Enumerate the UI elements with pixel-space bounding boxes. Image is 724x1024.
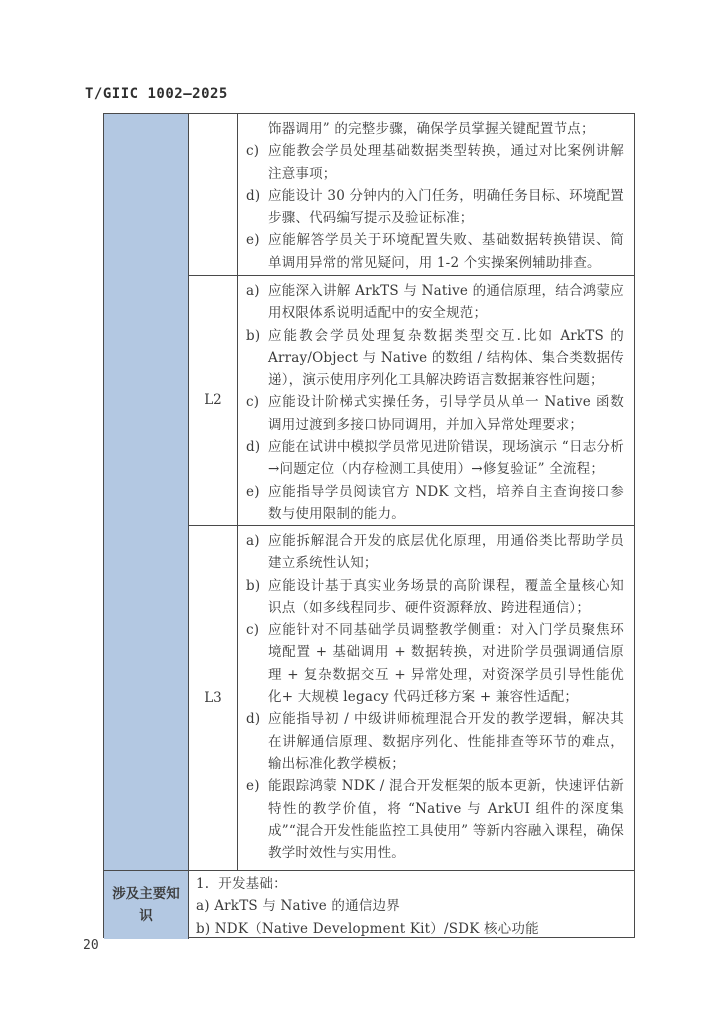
- item-letter: d): [246, 185, 260, 207]
- knowledge-header-cell: 涉及主要知识: [104, 871, 189, 939]
- list-item: d) 应能在试讲中模拟学员常见进阶错误，现场演示 “日志分析→问题定位（内存检测…: [246, 436, 624, 481]
- item-text: 应能深入讲解 ArkTS 与 Native 的通信原理，结合鸿蒙应用权限体系说明…: [268, 283, 624, 321]
- list-item: d) 应能设计 30 分钟内的入门任务，明确任务目标、环境配置步骤、代码编写提示…: [246, 185, 624, 230]
- content-cell-l3: a) 应能拆解混合开发的底层优化原理，用通俗类比帮助学员建立系统性认知； b) …: [238, 526, 634, 871]
- item-text: 应能设计 30 分钟内的入门任务，明确任务目标、环境配置步骤、代码编写提示及验证…: [268, 188, 624, 226]
- list-item: a) 应能深入讲解 ArkTS 与 Native 的通信原理，结合鸿蒙应用权限体…: [246, 280, 624, 325]
- item-letter: e): [246, 481, 260, 503]
- item-letter: c): [246, 391, 259, 413]
- item-text: 饰器调用” 的完整步骤，确保学员掌握关键配置节点；: [268, 121, 595, 137]
- list-item: c) 应能设计阶梯式实操任务，引导学员从单一 Native 函数调用过渡到多接口…: [246, 391, 624, 436]
- list-item: c) 应能教会学员处理基础数据类型转换，通过对比案例讲解注意事项；: [246, 140, 624, 185]
- knowledge-line: 1. 开发基础：: [196, 873, 624, 895]
- item-letter: c): [246, 619, 259, 641]
- list-item: e) 能跟踪鸿蒙 NDK / 混合开发框架的版本更新，快速评估新特性的教学价值，…: [246, 775, 624, 864]
- item-letter: a): [246, 530, 260, 552]
- item-text: 应能设计基于真实业务场景的高阶课程，覆盖全量核心知识点（如多线程同步、硬件资源释…: [268, 578, 624, 616]
- item-text: 应能指导学员阅读官方 NDK 文档，培养自主查询接口参数与使用限制的能力。: [268, 484, 624, 522]
- item-letter: b): [246, 575, 260, 597]
- item-letter: e): [246, 229, 260, 251]
- item-text: 应能在试讲中模拟学员常见进阶错误，现场演示 “日志分析→问题定位（内存检测工具使…: [268, 439, 624, 477]
- item-letter: b): [246, 325, 260, 347]
- content-cell-row1: 饰器调用” 的完整步骤，确保学员掌握关键配置节点； c) 应能教会学员处理基础数…: [238, 114, 634, 276]
- item-letter: a): [246, 280, 260, 302]
- content-cell-l2: a) 应能深入讲解 ArkTS 与 Native 的通信原理，结合鸿蒙应用权限体…: [238, 276, 634, 526]
- list-item: e) 应能解答学员关于环境配置失败、基础数据转换错误、简单调用异常的常见疑问，用…: [246, 229, 624, 274]
- list-item: a) 应能拆解混合开发的底层优化原理，用通俗类比帮助学员建立系统性认知；: [246, 530, 624, 575]
- list-item: 饰器调用” 的完整步骤，确保学员掌握关键配置节点；: [246, 118, 624, 140]
- item-text: 应能针对不同基础学员调整教学侧重：对入门学员聚焦环境配置 + 基础调用 + 数据…: [268, 622, 624, 705]
- item-letter: e): [246, 775, 260, 797]
- item-text: 应能解答学员关于环境配置失败、基础数据转换错误、简单调用异常的常见疑问，用 1-…: [268, 232, 624, 270]
- knowledge-line: b) NDK（Native Development Kit）/SDK 核心功能: [196, 918, 624, 939]
- knowledge-content-cell: 1. 开发基础： a) ArkTS 与 Native 的通信边界 b) NDK（…: [189, 871, 634, 939]
- knowledge-line: a) ArkTS 与 Native 的通信边界: [196, 895, 624, 917]
- item-text: 应能拆解混合开发的底层优化原理，用通俗类比帮助学员建立系统性认知；: [268, 533, 624, 571]
- item-letter: d): [246, 436, 260, 458]
- level-cell-l2: L2: [189, 276, 238, 526]
- category-spanning-cell: [104, 114, 189, 871]
- list-item: d) 应能指导初 / 中级讲师梳理混合开发的教学逻辑，解决其在讲解通信原理、数据…: [246, 708, 624, 775]
- item-text: 应能教会学员处理复杂数据类型交互.比如 ArkTS 的 Array/Object…: [268, 328, 624, 389]
- list-item: b) 应能设计基于真实业务场景的高阶课程，覆盖全量核心知识点（如多线程同步、硬件…: [246, 575, 624, 620]
- item-letter: d): [246, 708, 260, 730]
- level-cell-continuation: [189, 114, 238, 276]
- list-item: b) 应能教会学员处理复杂数据类型交互.比如 ArkTS 的 Array/Obj…: [246, 325, 624, 392]
- item-text: 应能教会学员处理基础数据类型转换，通过对比案例讲解注意事项；: [268, 143, 624, 181]
- item-letter: c): [246, 140, 259, 162]
- list-item: c) 应能针对不同基础学员调整教学侧重：对入门学员聚焦环境配置 + 基础调用 +…: [246, 619, 624, 708]
- competency-table: 饰器调用” 的完整步骤，确保学员掌握关键配置节点； c) 应能教会学员处理基础数…: [103, 113, 635, 938]
- item-text: 应能设计阶梯式实操任务，引导学员从单一 Native 函数调用过渡到多接口协同调…: [268, 394, 624, 432]
- list-item: e) 应能指导学员阅读官方 NDK 文档，培养自主查询接口参数与使用限制的能力。: [246, 481, 624, 526]
- level-cell-l3: L3: [189, 526, 238, 871]
- page-number: 20: [83, 938, 99, 953]
- document-standard-number: T/GIIC 1002—2025: [85, 86, 228, 102]
- item-text: 应能指导初 / 中级讲师梳理混合开发的教学逻辑，解决其在讲解通信原理、数据序列化…: [268, 711, 624, 772]
- item-text: 能跟踪鸿蒙 NDK / 混合开发框架的版本更新，快速评估新特性的教学价值，将 “…: [268, 778, 624, 861]
